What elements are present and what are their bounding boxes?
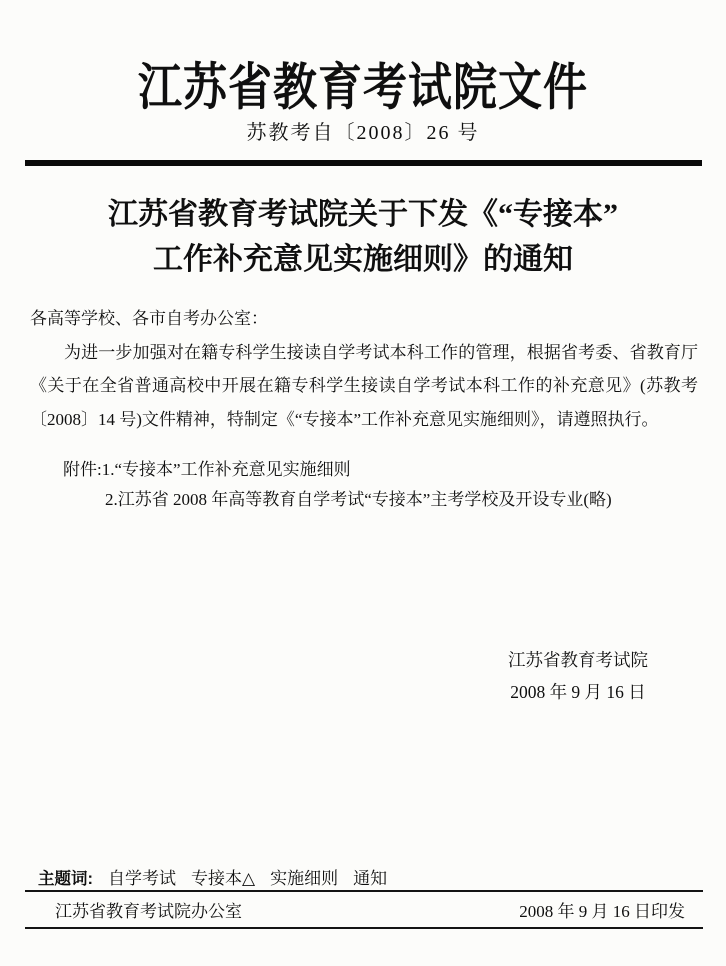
document-title-line-2: 工作补充意见实施细则》的通知	[0, 237, 726, 282]
attachment-item-1: 1.“专接本”工作补充意见实施细则	[102, 460, 351, 479]
keywords-row: 主题词:自学考试专接本△实施细则通知	[38, 864, 387, 889]
document-title-line-1: 江苏省教育考试院关于下发《“专接本”	[0, 192, 726, 237]
issuing-office: 江苏省教育考试院办公室	[55, 899, 242, 925]
attachments-block: 附件:1.“专接本”工作补充意见实施细则 2.江苏省 2008 年高等教育自学考…	[63, 455, 612, 515]
footer-divider-rule-bottom	[25, 927, 703, 929]
keyword-1: 自学考试	[108, 869, 176, 888]
issuing-org-title: 江苏省教育考试院文件	[138, 46, 588, 120]
print-date: 2008 年 9 月 16 日印发	[519, 899, 685, 925]
header-divider-rule	[25, 160, 702, 166]
keywords-label: 主题词:	[38, 870, 93, 888]
attachment-row-1: 附件:1.“专接本”工作补充意见实施细则	[63, 455, 612, 485]
document-number: 苏教考自〔2008〕26 号	[0, 116, 726, 145]
letterhead: 江苏省教育考试院文件	[0, 46, 726, 110]
keyword-2: 专接本△	[191, 869, 255, 888]
signature-block: 江苏省教育考试院 2008 年 9 月 16 日	[508, 644, 648, 708]
footer-office-row: 江苏省教育考试院办公室 2008 年 9 月 16 日印发	[25, 899, 703, 925]
signature-date: 2008 年 9 月 16 日	[508, 676, 648, 708]
keyword-3: 实施细则	[270, 869, 338, 888]
attachment-item-2: 2.江苏省 2008 年高等教育自学考试“专接本”主考学校及开设专业(略)	[105, 485, 612, 515]
document-page: 江苏省教育考试院文件 苏教考自〔2008〕26 号 江苏省教育考试院关于下发《“…	[0, 0, 726, 966]
document-body: 各高等学校、各市自考办公室： 为进一步加强对在籍专科学生接读自学考试本科工作的管…	[30, 302, 698, 436]
keyword-4: 通知	[353, 869, 387, 888]
attachment-label: 附件:	[63, 460, 102, 479]
signature-org: 江苏省教育考试院	[508, 644, 648, 676]
salutation: 各高等学校、各市自考办公室：	[30, 302, 698, 336]
document-title: 江苏省教育考试院关于下发《“专接本” 工作补充意见实施细则》的通知	[0, 192, 726, 282]
footer-divider-rule-top	[25, 890, 703, 892]
body-paragraph: 为进一步加强对在籍专科学生接读自学考试本科工作的管理，根据省考委、省教育厅《关于…	[30, 336, 698, 437]
